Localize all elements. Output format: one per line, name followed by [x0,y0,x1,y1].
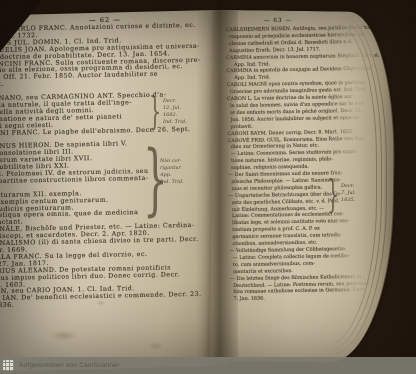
margin-note-decree-right: Decr.7. Jul.1835. [341,183,356,204]
text-line: Decr. [163,98,187,105]
margin-note-decree-left-2: Nisi cor-riganturApp.Ind. Trid. [160,158,184,186]
watermark-text: Aufgenommen von CamScanner [19,362,120,369]
text-line: rigantur [160,165,184,172]
text-line: Nisi cor- [160,158,184,165]
margin-brace-icon: } [327,175,339,213]
text-line: 7. Jul. [341,190,356,197]
text-line: App. [160,172,184,179]
margin-note-decree-left-1: Decr.12. Jul.1682.Ind. Trid. [163,98,187,126]
text-line: Ind. Trid. [160,179,184,186]
book-photo: — 62 — — 63 — CAMPINO CARLO FRANC. Annot… [0,0,416,374]
margin-brace-icon: } [149,92,161,130]
text-line: Decr. [341,183,356,190]
camscanner-logo-icon [3,360,14,371]
text-line: 12. Jul. [163,105,187,112]
camscanner-watermark-bar: Aufgenommen von CamScanner [0,357,416,374]
text-line: Ind. Trid. [163,119,187,126]
text-line: 1835. [341,197,356,204]
text-line: 1682. [163,112,187,119]
